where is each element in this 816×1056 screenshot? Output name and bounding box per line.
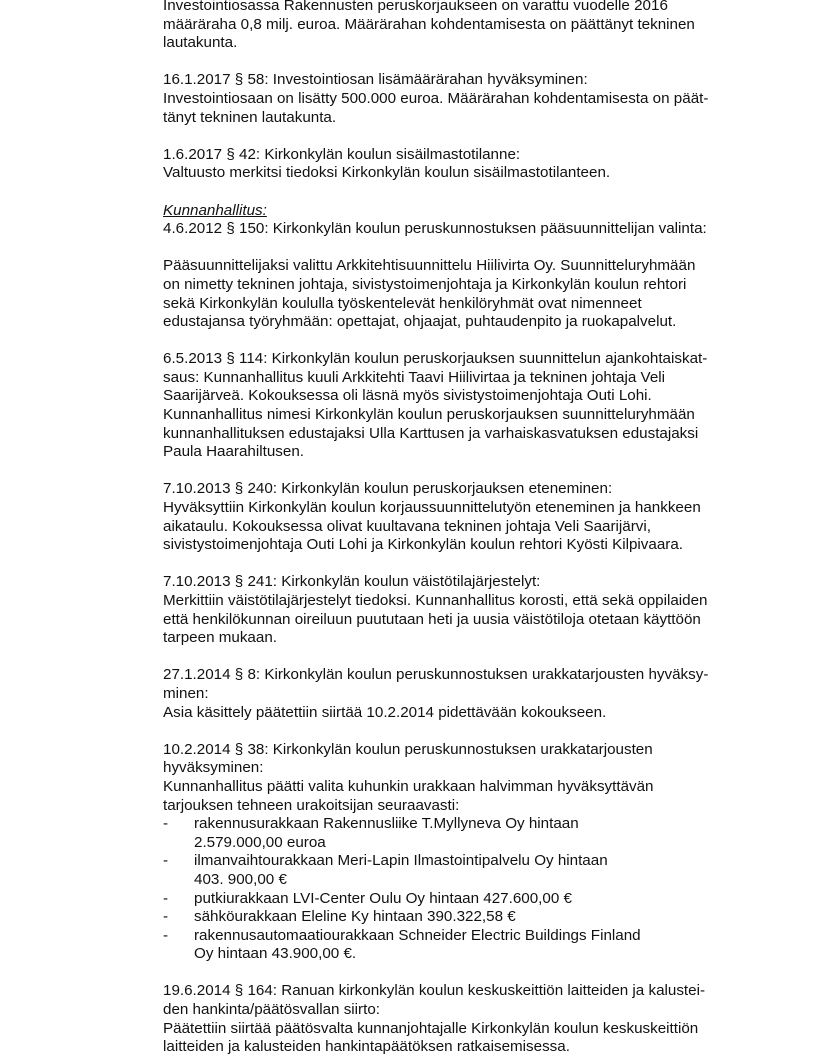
text-line: on nimetty tekninen johtaja, sivistystoi… (163, 276, 753, 295)
list-item: -rakennusurakkaan Rakennusliike T.Myllyn… (163, 815, 753, 852)
final-entry: 19.6.2014 § 164: Ranuan kirkonkylän koul… (163, 982, 753, 1056)
text-line: Kunnanhallitus nimesi Kirkonkylän koulun… (163, 406, 753, 425)
list-item: -rakennusautomaatiourakkaan Schneider El… (163, 927, 753, 964)
list-item: -sähköurakkaan Eleline Ky hintaan 390.32… (163, 908, 753, 927)
entry-title: 27.1.2014 § 8: Kirkonkylän koulun perusk… (163, 666, 753, 685)
text-line: Investointiosaan on lisätty 500.000 euro… (163, 90, 753, 109)
text-line: Hyväksyttiin Kirkonkylän koulun korjauss… (163, 499, 753, 518)
entry-title: 6.5.2013 § 114: Kirkonkylän koulun perus… (163, 350, 753, 369)
text-line: hyväksyminen: (163, 759, 753, 778)
text-line: määräraha 0,8 milj. euroa. Määrärahan ko… (163, 16, 753, 35)
entry-title: 10.2.2014 § 38: Kirkonkylän koulun perus… (163, 741, 753, 760)
list-item-text: Oy hintaan 43.900,00 €. (163, 945, 753, 964)
text-line: minen: (163, 685, 753, 704)
text-line: tarjouksen tehneen urakoitsijan seuraava… (163, 797, 753, 816)
bullet-dash: - (163, 852, 194, 871)
council-entry: 16.1.2017 § 58: Investointiosan lisämäär… (163, 71, 753, 127)
text-line: sivistystoimenjohtaja Outi Lohi ja Kirko… (163, 536, 753, 555)
text-line: den hankinta/päätösvallan siirto: (163, 1001, 753, 1020)
bullet-dash: - (163, 815, 194, 834)
board-entry: 7.10.2013 § 240: Kirkonkylän koulun peru… (163, 480, 753, 554)
text-line: että henkilökunnan oireiluun puututaan h… (163, 611, 753, 630)
intro-paragraph: Investointiosassa Rakennusten peruskorja… (163, 0, 753, 53)
board-entry: 6.5.2013 § 114: Kirkonkylän koulun perus… (163, 350, 753, 462)
board-entry: 27.1.2014 § 8: Kirkonkylän koulun perusk… (163, 666, 753, 722)
text-line: saus: Kunnanhallitus kuuli Arkkitehti Ta… (163, 369, 753, 388)
contract-entry: 10.2.2014 § 38: Kirkonkylän koulun perus… (163, 741, 753, 964)
list-item-text: rakennusautomaatiourakkaan Schneider Ele… (194, 927, 641, 946)
text-line: kunnanhallituksen edustajaksi Ulla Kartt… (163, 425, 753, 444)
text-line: Investointiosassa Rakennusten peruskorja… (163, 0, 753, 16)
document-page: Investointiosassa Rakennusten peruskorja… (163, 0, 753, 1056)
entry-title: 7.10.2013 § 240: Kirkonkylän koulun peru… (163, 480, 753, 499)
entry-title: 19.6.2014 § 164: Ranuan kirkonkylän koul… (163, 982, 753, 1001)
entry-title: 16.1.2017 § 58: Investointiosan lisämäär… (163, 71, 753, 90)
text-line: laitteiden ja kalusteiden hankintapäätök… (163, 1038, 753, 1056)
board-entry: Pääsuunnittelijaksi valittu Arkkitehtisu… (163, 257, 753, 331)
text-line: Asia käsittely päätettiin siirtää 10.2.2… (163, 704, 753, 723)
text-line: Kunnanhallitus päätti valita kuhunkin ur… (163, 778, 753, 797)
text-line: lautakunta. (163, 34, 753, 53)
text-line: Merkittiin väistötilajärjestelyt tiedoks… (163, 592, 753, 611)
list-item: -ilmanvaihtourakkaan Meri-Lapin Ilmastoi… (163, 852, 753, 889)
entry-title: 4.6.2012 § 150: Kirkonkylän koulun perus… (163, 220, 753, 239)
contract-list: -rakennusurakkaan Rakennusliike T.Myllyn… (163, 815, 753, 964)
text-line: sekä Kirkonkylän koululla työskentelevät… (163, 295, 753, 314)
text-line: Pääsuunnittelijaksi valittu Arkkitehtisu… (163, 257, 753, 276)
text-line: aikataulu. Kokouksessa olivat kuultavana… (163, 518, 753, 537)
text-line: tänyt tekninen lautakunta. (163, 109, 753, 128)
section-heading: Kunnanhallitus: (163, 202, 753, 221)
entry-title: 7.10.2013 § 241: Kirkonkylän koulun väis… (163, 573, 753, 592)
list-item-text: rakennusurakkaan Rakennusliike T.Myllyne… (194, 815, 579, 834)
bullet-dash: - (163, 890, 194, 909)
text-line: Paula Haarahiltusen. (163, 443, 753, 462)
list-item-text: 2.579.000,00 euroa (163, 834, 753, 853)
text-line: Saarijärveä. Kokouksessa oli läsnä myös … (163, 387, 753, 406)
list-item: -putkiurakkaan LVI-Center Oulu Oy hintaa… (163, 890, 753, 909)
text-line: edustajansa työryhmään: opettajat, ohjaa… (163, 313, 753, 332)
text-line: Valtuusto merkitsi tiedoksi Kirkonkylän … (163, 164, 753, 183)
text-line: Päätettiin siirtää päätösvalta kunnanjoh… (163, 1020, 753, 1039)
bullet-dash: - (163, 908, 194, 927)
council-entry: 1.6.2017 § 42: Kirkonkylän koulun sisäil… (163, 146, 753, 183)
board-entry: 7.10.2013 § 241: Kirkonkylän koulun väis… (163, 573, 753, 647)
list-item-text: ilmanvaihtourakkaan Meri-Lapin Ilmastoin… (194, 852, 608, 871)
text-line: tarpeen mukaan. (163, 629, 753, 648)
list-item-text: 403. 900,00 € (163, 871, 753, 890)
entry-title: 1.6.2017 § 42: Kirkonkylän koulun sisäil… (163, 146, 753, 165)
list-item-text: sähköurakkaan Eleline Ky hintaan 390.322… (194, 908, 516, 927)
list-item-text: putkiurakkaan LVI-Center Oulu Oy hintaan… (194, 890, 572, 909)
bullet-dash: - (163, 927, 194, 946)
